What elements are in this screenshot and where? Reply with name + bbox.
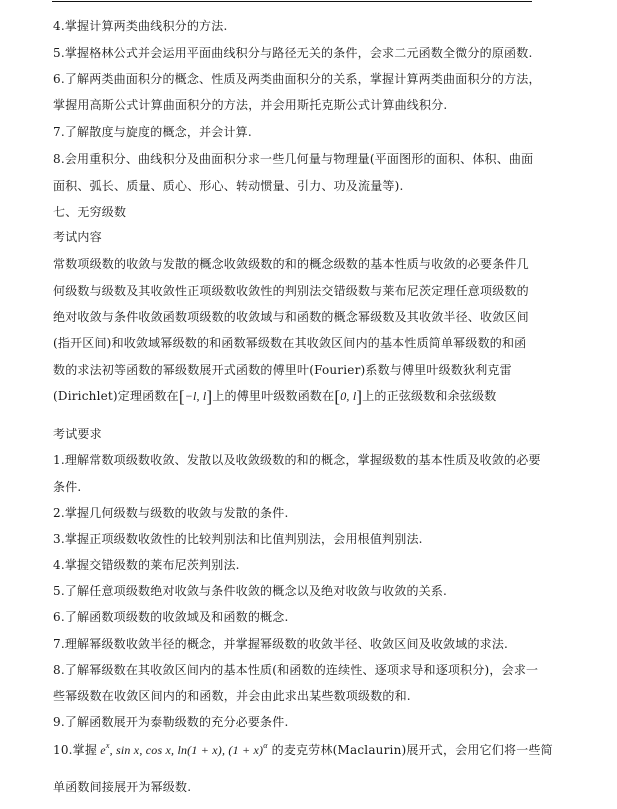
requirement-item: 4.掌握交错级数的莱布尼茨判别法. — [53, 557, 240, 573]
prev-item-4: 4.掌握计算两类曲线积分的方法. — [53, 18, 227, 34]
maclaurin-functions-formula: ex, sin x, cos x, ln(1 + x), (1 + x)α — [97, 743, 268, 757]
prev-item-6-cont: 掌握用高斯公式计算曲面积分的方法，并会用斯托克斯公式计算曲线积分. — [53, 97, 447, 113]
requirement-item: 6.了解函数项级数的收敛域及和函数的概念. — [53, 609, 288, 625]
requirement-item-cont: 些幂级数在收敛区间内的和函数，并会由此求出某些数项级数的和. — [53, 688, 411, 704]
requirement-item: 7.理解幂级数收敛半径的概念，并掌握幂级数的收敛半径、收敛区间及收敛域的求法. — [53, 636, 508, 652]
requirement-item: 9.了解函数展开为泰勒级数的充分必要条件. — [53, 714, 288, 730]
requirement-item: 5.了解任意项级数绝对收敛与条件收敛的概念以及绝对收敛与收敛的关系. — [53, 583, 447, 599]
prev-item-5: 5.掌握格林公式并会运用平面曲线积分与路径无关的条件，会求二元函数全微分的原函数… — [53, 45, 532, 61]
content-line: 何级数与级数及其收敛性正项级数收敛性的判别法交错级数与莱布尼茨定理任意项级数的 — [53, 283, 529, 299]
prev-item-8: 8.会用重积分、曲线积分及曲面积分求一些几何量与物理量(平面图形的面积、体积、曲… — [53, 151, 533, 167]
prev-item-8-cont: 面积、弧长、质量、质心、形心、转动惯量、引力、功及流量等). — [53, 178, 404, 194]
content-line: 常数项级数的收敛与发散的概念收敛级数的和的概念级数的基本性质与收敛的必要条件几 — [53, 256, 529, 272]
requirement-item: 2.掌握几何级数与级数的收敛与发散的条件. — [53, 505, 288, 521]
content-text: (Dirichlet)定理函数在 — [53, 389, 179, 403]
header-rule — [52, 1, 532, 2]
content-line-last: (Dirichlet)定理函数在[−l, l]上的傅里叶级数函数在[0, l]上… — [53, 388, 496, 405]
content-line: (指开区间)和收敛域幂级数的和函数幂级数在其收敛区间内的基本性质简单幂级数的和函 — [53, 335, 526, 351]
requirement-item-cont: 条件. — [53, 479, 81, 495]
requirement-item: 1.理解常数项级数收敛、发散以及收敛级数的和的概念，掌握级数的基本性质及收敛的必… — [53, 452, 541, 468]
requirement-item-cont: 单函数间接展开为幂级数. — [53, 779, 191, 795]
content-text: 上的正弦级数和余弦级数 — [362, 389, 496, 403]
prev-item-6: 6.了解两类曲面积分的概念、性质及两类曲面积分的关系，掌握计算两类曲面积分的方法… — [53, 71, 541, 87]
requirement-item: 3.掌握正项级数收敛性的比较判别法和比值判别法，会用根值判别法. — [53, 531, 423, 547]
interval-formula: [0, l] — [334, 389, 362, 403]
requirement-item: 8.了解幂级数在其收敛区间内的基本性质(和函数的连续性、逐项求导和逐项积分)，会… — [53, 662, 538, 678]
content-heading: 考试内容 — [53, 229, 102, 245]
content-line: 绝对收敛与条件收敛函数项级数的收敛域与和函数的概念幂级数及其收敛半径、收敛区间 — [53, 309, 529, 325]
prev-item-7: 7.了解散度与旋度的概念，并会计算. — [53, 124, 252, 140]
content-text: 上的傅里叶级数函数在 — [212, 389, 334, 403]
content-line: 数的求法初等函数的幂级数展开式函数的傅里叶(Fourier)系数与傅里叶级数狄利… — [53, 362, 512, 378]
section-title: 七、无穷级数 — [53, 204, 126, 220]
interval-formula: [−l, l] — [179, 389, 213, 403]
requirements-heading: 考试要求 — [53, 426, 102, 442]
requirement-item-10: 10.掌握 ex, sin x, cos x, ln(1 + x), (1 + … — [53, 742, 553, 758]
